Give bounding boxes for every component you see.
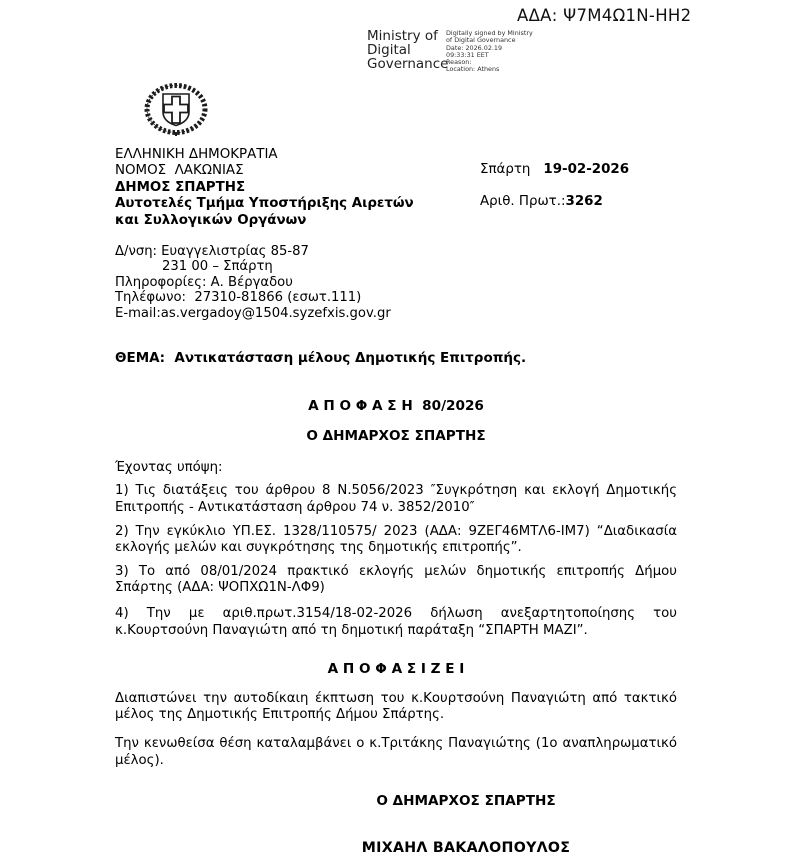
subject-line: ΘΕΜΑ: Αντικατάσταση μέλους Δημοτικής Επι… (115, 350, 677, 367)
greek-coat-of-arms-icon (141, 83, 211, 141)
digital-signature-signer: Ministry of Digital Governance (367, 29, 448, 71)
protocol-number: 3262 (566, 194, 603, 209)
protocol-row: Αριθ. Πρωτ.:3262 (480, 194, 629, 209)
decision-paragraph-1: Διαπιστώνει την αυτοδίκαιη έκπτωση του κ… (115, 691, 677, 724)
org-line-department-2: και Συλλογικών Οργάνων (115, 213, 414, 229)
document-body: ΘΕΜΑ: Αντικατάσταση μέλους Δημοτικής Επι… (115, 348, 677, 856)
signer-line: Ministry of (367, 29, 448, 43)
legal-item-2: 2) Την εγκύκλιο ΥΠ.ΕΣ. 1328/110575/ 2023… (115, 524, 677, 557)
mayor-heading: Ο ΔΗΜΑΡΧΟΣ ΣΠΑΡΤΗΣ (115, 428, 677, 445)
date-protocol-block: Σπάρτη19-02-2026 Αριθ. Πρωτ.:3262 (480, 162, 629, 209)
signer-line: Digital (367, 43, 448, 57)
email-line: E-mail:as.vergadoy@1504.syzefxis.gov.gr (115, 306, 391, 321)
legal-item-4: 4) Την με αριθ.πρωτ.3154/18-02-2026 δήλω… (115, 606, 677, 639)
legal-item-3: 3) Το από 08/01/2024 πρακτικό εκλογής με… (115, 564, 677, 597)
legal-item-1: 1) Τις διατάξεις του άρθρου 8 Ν.5056/202… (115, 483, 677, 516)
place-label: Σπάρτη (480, 162, 530, 177)
contact-block: Δ/νση: Ευαγγελιστρίας 85-87 231 00 – Σπά… (115, 244, 391, 321)
contact-person-line: Πληροφορίες: Α. Βέργαδου (115, 275, 391, 290)
decision-paragraph-2: Την κενωθείσα θέση καταλαμβάνει ο κ.Τριτ… (115, 736, 677, 769)
closing-signer-name: ΜΙΧΑΗΛ ΒΑΚΑΛΟΠΟΥΛΟΣ (185, 840, 747, 857)
having-regard-label: Έχοντας υπόψη: (115, 460, 677, 477)
org-header: ΕΛΛΗΝΙΚΗ ΔΗΜΟΚΡΑΤΙΑ ΝΟΜΟΣ ΛΑΚΩΝΙΑΣ ΔΗΜΟΣ… (115, 147, 414, 229)
date-row: Σπάρτη19-02-2026 (480, 162, 629, 177)
decides-heading: Α Π Ο Φ Α Σ Ι Ζ Ε Ι (115, 661, 677, 678)
digital-signature-details: Digitally signed by Ministry of Digital … (446, 30, 533, 74)
org-line-department-1: Αυτοτελές Τμήμα Υποστήριξης Αιρετών (115, 196, 414, 212)
org-line-municipality: ΔΗΜΟΣ ΣΠΑΡΤΗΣ (115, 180, 414, 196)
signature-block: Ο ΔΗΜΑΡΧΟΣ ΣΠΑΡΤΗΣ ΜΙΧΑΗΛ ΒΑΚΑΛΟΠΟΥΛΟΣ (185, 793, 747, 856)
document-date: 19-02-2026 (543, 162, 629, 177)
document-page: ΑΔΑ: Ψ7Μ4Ω1Ν-ΗΗ2 Ministry of Digital Gov… (0, 0, 786, 858)
protocol-label: Αριθ. Πρωτ.: (480, 194, 566, 209)
org-line-republic: ΕΛΛΗΝΙΚΗ ΔΗΜΟΚΡΑΤΙΑ (115, 147, 414, 163)
closing-title: Ο ΔΗΜΑΡΧΟΣ ΣΠΑΡΤΗΣ (185, 793, 747, 810)
address-line-1: Δ/νση: Ευαγγελιστρίας 85-87 (115, 244, 391, 259)
phone-line: Τηλέφωνο: 27310-81866 (εσωτ.111) (115, 290, 391, 305)
signer-line: Governance (367, 57, 448, 71)
address-line-2: 231 00 – Σπάρτη (115, 259, 391, 274)
ada-code: ΑΔΑ: Ψ7Μ4Ω1Ν-ΗΗ2 (517, 6, 691, 25)
org-line-prefecture: ΝΟΜΟΣ ΛΑΚΩΝΙΑΣ (115, 163, 414, 179)
decision-title: Α Π Ο Φ Α Σ Η 80/2026 (115, 398, 677, 415)
signature-detail-line: Location: Athens (446, 66, 533, 73)
